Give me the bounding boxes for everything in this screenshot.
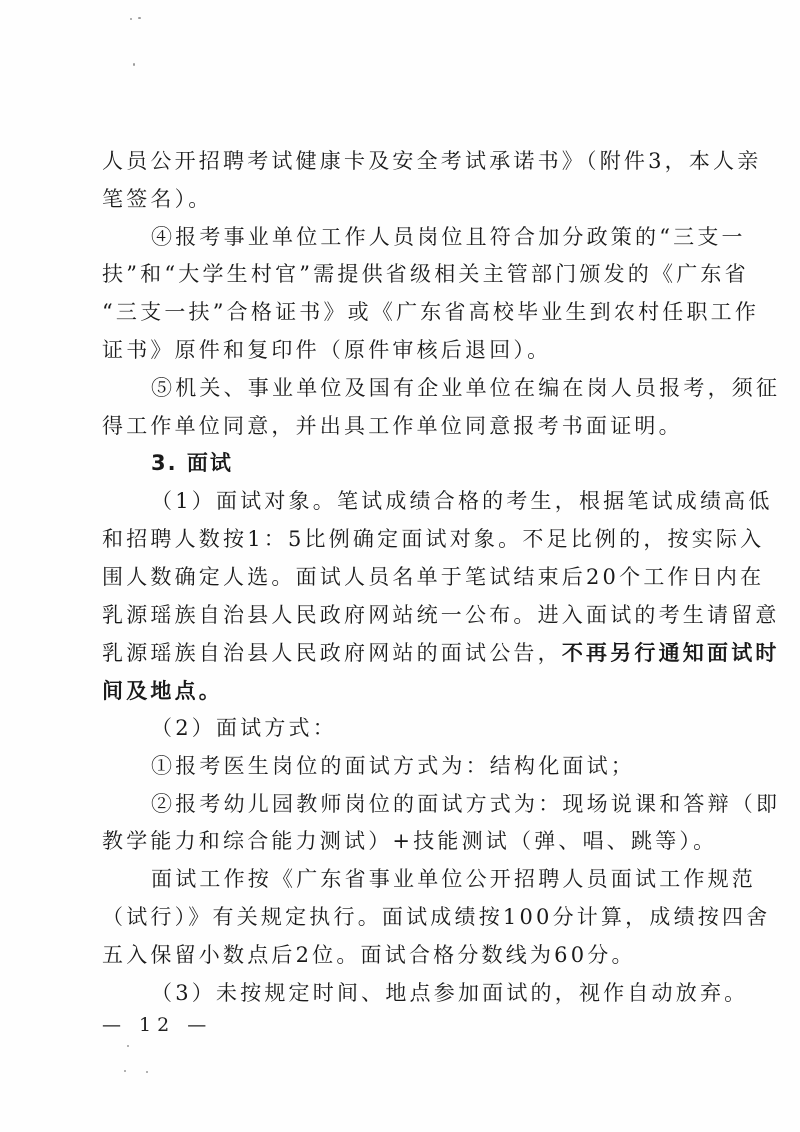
- paragraph-doctor-method: ①报考医生岗位的面试方式为：结构化面试；: [102, 748, 694, 786]
- paragraph-absence: （3）未按规定时间、地点参加面试的，视作自动放弃。: [102, 975, 694, 1013]
- text-line: 笔签名）。: [102, 181, 694, 219]
- paragraph-teacher-method: ②报考幼儿园教师岗位的面试方式为：现场说课和答辩（即 教学能力和综合能力测试）+…: [102, 786, 694, 862]
- text-line: （试行）》有关规定执行。面试成绩按100分计算，成绩按四舍: [102, 899, 694, 937]
- text-line: 和招聘人数按1：5比例确定面试对象。不足比例的，按实际入: [102, 521, 694, 559]
- document-body: 人员公开招聘考试健康卡及安全考试承诺书》（附件3，本人亲 笔签名）。 ④报考事业…: [102, 143, 694, 1012]
- text-normal: 乳源瑶族自治县人民政府网站的面试公告，: [102, 641, 562, 665]
- text-emphasis: 不再另行通知面试时: [562, 640, 780, 665]
- text-line: ⑤机关、事业单位及国有企业单位在编在岗人员报考，须征: [102, 370, 694, 408]
- text-line: 证书》原件和复印件（原件审核后退回）。: [102, 332, 694, 370]
- text-line: 教学能力和综合能力测试）+技能测试（弹、唱、跳等）。: [102, 823, 694, 861]
- scan-speck: [138, 17, 141, 19]
- paragraph-interview-rules: 面试工作按《广东省事业单位公开招聘人员面试工作规范 （试行）》有关规定执行。面试…: [102, 861, 694, 974]
- scan-speck: [127, 1045, 129, 1047]
- scan-speck: [124, 1070, 126, 1072]
- text-line: 乳源瑶族自治县人民政府网站的面试公告，不再另行通知面试时: [102, 634, 694, 672]
- text-line: 围人数确定人选。面试人员名单于笔试结束后20个工作日内在: [102, 559, 694, 597]
- scan-speck: [133, 63, 135, 66]
- text-line: ②报考幼儿园教师岗位的面试方式为：现场说课和答辩（即: [102, 786, 694, 824]
- subheading-interview-method: （2）面试方式：: [102, 710, 694, 748]
- paragraph-health-card: 人员公开招聘考试健康卡及安全考试承诺书》（附件3，本人亲 笔签名）。: [102, 143, 694, 219]
- page-number: — 12 —: [102, 1014, 212, 1036]
- text-line: 乳源瑶族自治县人民政府网站统一公布。进入面试的考生请留意: [102, 597, 694, 635]
- text-line: 五入保留小数点后2位。面试合格分数线为60分。: [102, 937, 694, 975]
- scan-speck: [130, 18, 132, 20]
- paragraph-item-5: ⑤机关、事业单位及国有企业单位在编在岗人员报考，须征 得工作单位同意，并出具工作…: [102, 370, 694, 446]
- paragraph-interview-candidates: （1）面试对象。笔试成绩合格的考生，根据笔试成绩高低 和招聘人数按1：5比例确定…: [102, 483, 694, 710]
- text-line: 面试工作按《广东省事业单位公开招聘人员面试工作规范: [102, 861, 694, 899]
- text-emphasis-line: 间及地点。: [102, 672, 694, 710]
- text-line: （1）面试对象。笔试成绩合格的考生，根据笔试成绩高低: [102, 483, 694, 521]
- text-line: “三支一扶”合格证书》或《广东省高校毕业生到农村任职工作: [102, 294, 694, 332]
- document-page: 人员公开招聘考试健康卡及安全考试承诺书》（附件3，本人亲 笔签名）。 ④报考事业…: [0, 0, 800, 1132]
- scan-speck: [146, 1071, 148, 1073]
- text-line: ④报考事业单位工作人员岗位且符合加分政策的“三支一: [102, 219, 694, 257]
- text-line: 扶”和“大学生村官”需提供省级相关主管部门颁发的《广东省: [102, 256, 694, 294]
- text-line: 人员公开招聘考试健康卡及安全考试承诺书》（附件3，本人亲: [102, 143, 694, 181]
- paragraph-item-4: ④报考事业单位工作人员岗位且符合加分政策的“三支一 扶”和“大学生村官”需提供省…: [102, 219, 694, 370]
- text-line: 得工作单位同意，并出具工作单位同意报考书面证明。: [102, 408, 694, 446]
- section-heading-interview: 3. 面试: [102, 445, 694, 483]
